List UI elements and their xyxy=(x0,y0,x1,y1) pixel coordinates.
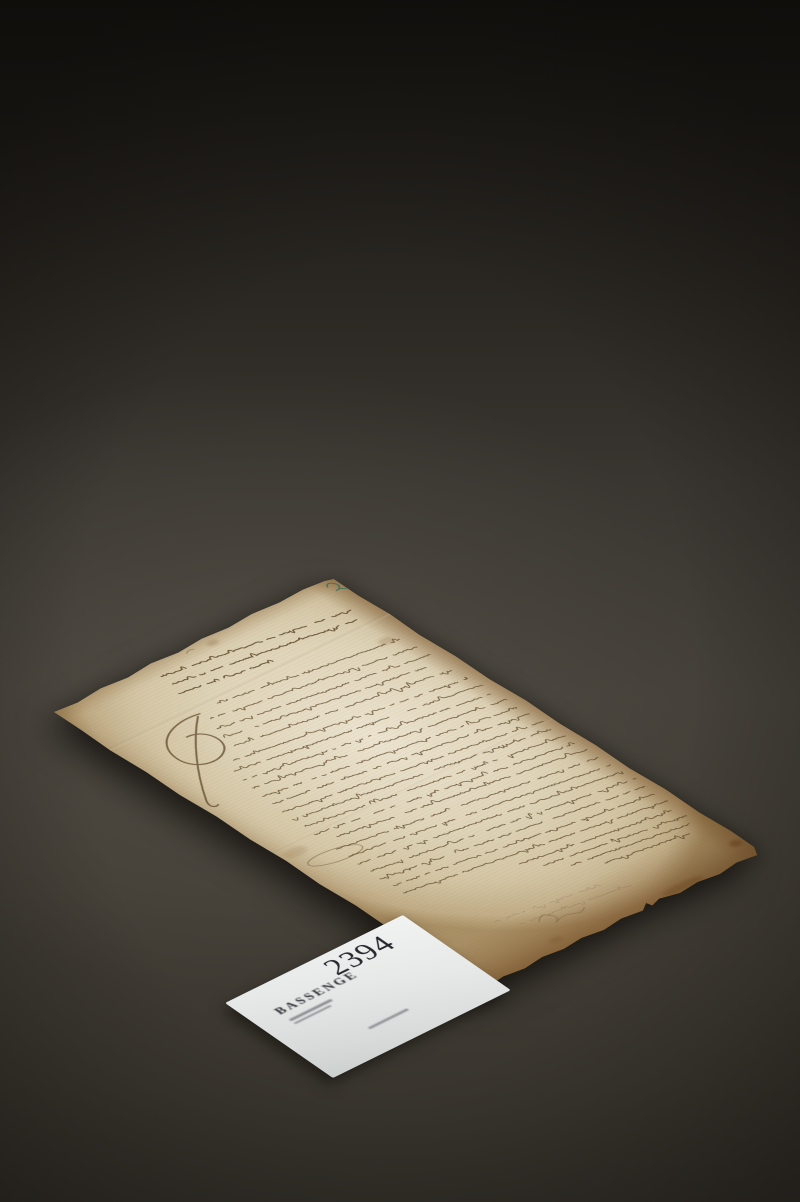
handwriting-line xyxy=(519,798,674,876)
collector-number-green-ink xyxy=(324,581,346,594)
calligraphic-initial-flourish xyxy=(123,713,289,808)
handwriting-line xyxy=(304,715,565,847)
signature-flourish xyxy=(535,900,587,927)
handwriting-line xyxy=(349,743,614,877)
handwriting-line xyxy=(222,643,443,755)
handwriting-line xyxy=(379,765,645,899)
handwriting-line xyxy=(358,751,624,885)
handwriting-line xyxy=(233,650,458,764)
handwriting-line xyxy=(571,815,690,875)
handwriting-line xyxy=(210,631,417,735)
handwriting-line xyxy=(282,701,543,832)
handwriting-line xyxy=(253,680,507,808)
handwriting-line xyxy=(393,774,654,905)
handwriting-line xyxy=(233,660,468,778)
margin-paraph-loop xyxy=(302,841,367,870)
registrar-mark xyxy=(184,648,195,654)
photo-stage: BASSENGE 2394 xyxy=(0,0,800,1202)
handwriting-line xyxy=(520,877,631,933)
handwriting-line xyxy=(273,694,531,824)
handwriting-line xyxy=(172,605,356,698)
lot-number: 2394 xyxy=(314,930,404,981)
handwriting-line xyxy=(161,595,352,692)
handwriting-line xyxy=(404,780,668,913)
handwriting-line xyxy=(243,673,494,799)
handwriting-line xyxy=(544,805,687,877)
card-small-print xyxy=(368,1008,410,1029)
